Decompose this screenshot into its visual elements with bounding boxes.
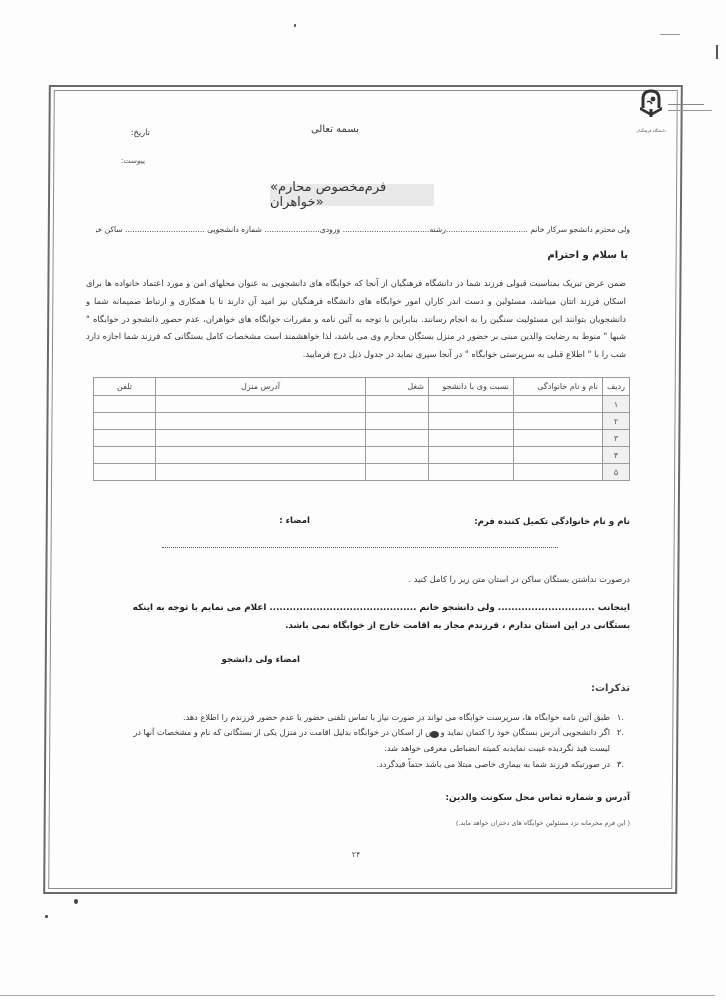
column-header-job: شغل (366, 378, 429, 396)
logo-line (668, 104, 704, 105)
phone-cell[interactable] (94, 447, 156, 464)
row-number: ۴ (603, 447, 630, 464)
name-cell[interactable] (514, 447, 603, 464)
table-row: ۴ (94, 447, 630, 464)
confidential-note: ( این فرم محرمانه نزد مسئولین خوابگاه ها… (400, 819, 630, 827)
name-cell[interactable] (514, 464, 603, 481)
guardian-intro-line[interactable]: ولی محترم دانشجو سرکار خانم ............… (96, 225, 630, 234)
table-header-row: ردیف نام و نام خانوادگی نسبت وی با دانشج… (94, 378, 630, 396)
column-header-phone: تلفن (94, 378, 156, 396)
column-header-relation: نسبت وی با دانشجو (429, 378, 514, 396)
guardian-declaration-line-1[interactable]: اینجانب ............................. ول… (128, 603, 630, 613)
note-number: ۲. (604, 727, 624, 737)
job-cell[interactable] (366, 447, 429, 464)
relation-cell[interactable] (429, 396, 514, 413)
university-logo: دانشگاه فرهنگیان (634, 88, 668, 124)
scan-edge-mark (716, 45, 718, 59)
form-filler-name-label: نام و نام خانوادگی تکمیل کننده فرم: (440, 517, 630, 527)
row-number: ۳ (603, 430, 630, 447)
note-text: طبق آئین نامه خوابگاه ها، سرپرست خوابگاه… (183, 712, 610, 722)
note-text: لیست قید نگردیده غیبت نمایدبه کمیته انضب… (384, 743, 610, 753)
scan-speck (294, 24, 296, 27)
relation-cell[interactable] (429, 464, 514, 481)
page-number: ۲۴ (344, 850, 368, 859)
job-cell[interactable] (366, 430, 429, 447)
relation-cell[interactable] (429, 413, 514, 430)
row-number: ۱ (603, 396, 630, 413)
scan-edge-line (0, 995, 715, 996)
date-label: تاریخ: (100, 127, 150, 137)
address-cell[interactable] (156, 464, 366, 481)
scan-speck (74, 899, 78, 904)
note-text: در صورتیکه فرزند شما به بیماری خاصی مبتل… (376, 759, 610, 769)
table-row: ۳ (94, 430, 630, 447)
greeting: با سلام و احترام (480, 250, 628, 261)
phone-cell[interactable] (94, 430, 156, 447)
job-cell[interactable] (366, 464, 429, 481)
note-number: ۳. (604, 759, 624, 769)
address-cell[interactable] (156, 430, 366, 447)
relation-cell[interactable] (429, 430, 514, 447)
relation-cell[interactable] (429, 447, 514, 464)
phone-cell[interactable] (94, 396, 156, 413)
note-number: ۱. (604, 712, 624, 722)
table-row: ۱ (94, 396, 630, 413)
body-paragraph: ضمن عرض تبریک بمناسبت قبولی فرزند شما در… (86, 275, 626, 364)
bismillah-heading: بسمه تعالی (290, 124, 380, 135)
note-text: اگر دانشجویی آدرس بستگان خود را کتمان نم… (133, 727, 610, 737)
ink-blot (430, 731, 439, 738)
notes-heading: تذکرات: (560, 683, 630, 694)
table-row: ۲ (94, 413, 630, 430)
phone-cell[interactable] (94, 413, 156, 430)
note-item-1: طبق آئین نامه خوابگاه ها، سرپرست خوابگاه… (90, 712, 610, 722)
address-cell[interactable] (156, 396, 366, 413)
farhangian-logo-icon (634, 88, 668, 124)
name-cell[interactable] (514, 413, 603, 430)
column-header-row-number: ردیف (603, 378, 630, 396)
parents-contact-label[interactable]: آدرس و شماره تماس محل سکونت والدین: (420, 793, 630, 803)
logo-caption: دانشگاه فرهنگیان (634, 128, 668, 133)
note-item-2-continued: لیست قید نگردیده غیبت نمایدبه کمیته انضب… (90, 743, 610, 753)
name-cell[interactable] (514, 396, 603, 413)
attachment-label: پیوست: (100, 156, 145, 165)
row-number: ۲ (603, 413, 630, 430)
address-cell[interactable] (156, 447, 366, 464)
form-title: «فرم‌مخصوص محارم خواهران» (270, 184, 434, 206)
job-cell[interactable] (366, 413, 429, 430)
note-item-2: اگر دانشجویی آدرس بستگان خود را کتمان نم… (90, 727, 610, 737)
address-cell[interactable] (156, 413, 366, 430)
phone-cell[interactable] (94, 464, 156, 481)
relatives-table: ردیف نام و نام خانوادگی نسبت وی با دانشج… (93, 377, 630, 481)
scan-speck (45, 915, 48, 918)
column-header-address: آدرس منزل (156, 378, 366, 396)
row-number: ۵ (603, 464, 630, 481)
note-item-3: در صورتیکه فرزند شما به بیماری خاصی مبتل… (90, 759, 610, 769)
logo-line (668, 110, 712, 111)
signature-label: امضاء : (260, 516, 310, 526)
scan-edge-mark (660, 34, 680, 35)
no-relatives-instruction: درصورت نداشتن بستگان ساکن در استان متن ز… (360, 574, 630, 584)
job-cell[interactable] (366, 396, 429, 413)
name-cell[interactable] (514, 430, 603, 447)
table-row: ۵ (94, 464, 630, 481)
column-header-name: نام و نام خانوادگی (514, 378, 603, 396)
filler-signature-line[interactable] (162, 547, 558, 548)
guardian-signature-label: امضاء ولی دانشجو (190, 655, 300, 665)
guardian-declaration-line-2: بستگانی در این استان ندارم ، فرزندم مجاز… (250, 621, 630, 631)
